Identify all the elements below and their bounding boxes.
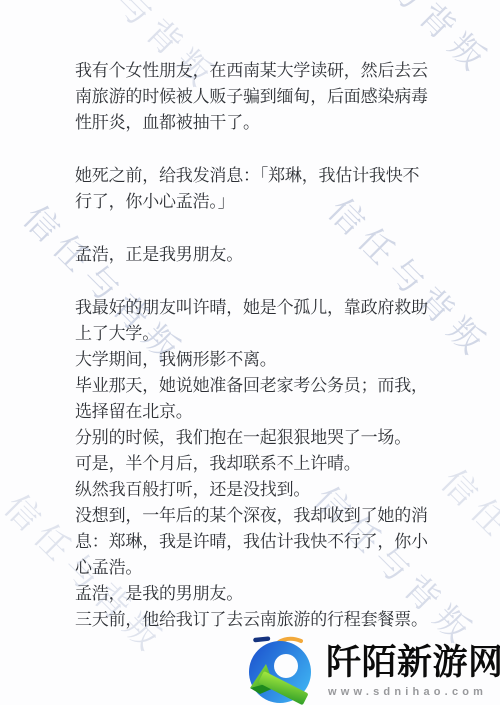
story-line: 孟浩，正是我男朋友。: [75, 242, 455, 268]
story-line: 我最好的朋友叫许晴，她是个孤儿，靠政府救助: [75, 295, 455, 321]
story-line: 纵然我百般打听，还是没找到。: [75, 477, 455, 503]
story-line: 心孟浩。: [75, 555, 455, 581]
story-line: 息：郑琳，我是许晴，我估计我快不行了，你小: [75, 529, 455, 555]
site-url: www.sdnihao.com: [328, 686, 487, 698]
story-line: 行了，你小心孟浩。」: [75, 189, 455, 215]
story-paragraph: 我最好的朋友叫许晴，她是个孤儿，靠政府救助上了大学。大学期间，我俩形影不离。毕业…: [75, 295, 455, 633]
story-paragraph: 我有个女性朋友，在西南某大学读研，然后去云南旅游的时候被人贩子骗到缅甸，后面感染…: [75, 58, 455, 136]
story-line: 大学期间，我俩形影不离。: [75, 347, 455, 373]
story-line: 选择留在北京。: [75, 399, 455, 425]
story-line: 三天前，他给我订了去云南旅游的行程套餐票。: [75, 607, 455, 633]
story-paragraph: 孟浩，正是我男朋友。: [75, 242, 455, 268]
story-line: 南旅游的时候被人贩子骗到缅甸，后面感染病毒: [75, 84, 455, 110]
story-line: 可是，半个月后，我却联系不上许晴。: [75, 451, 455, 477]
story-line: 分别的时候，我们抱在一起狠狠地哭了一场。: [75, 425, 455, 451]
q-arrow-logo-icon: [248, 635, 322, 705]
story-text: 我有个女性朋友，在西南某大学读研，然后去云南旅游的时候被人贩子骗到缅甸，后面感染…: [75, 58, 455, 633]
story-line: 我有个女性朋友，在西南某大学读研，然后去云: [75, 58, 455, 84]
article-page: 信任与背叛信任与背叛信任与背叛信任与背叛信任与背叛信任与背叛信任与背叛 我有个女…: [0, 0, 500, 705]
story-line: 没想到，一年后的某个深夜，我却收到了她的消: [75, 503, 455, 529]
story-paragraph: 她死之前，给我发消息：「郑琳，我估计我快不行了，你小心孟浩。」: [75, 163, 455, 215]
story-line: 孟浩，是我的男朋友。: [75, 581, 455, 607]
navy-dash-icon: [253, 636, 270, 642]
story-line: 她死之前，给我发消息：「郑琳，我估计我快不: [75, 163, 455, 189]
site-name: 阡陌新游网: [326, 643, 500, 683]
story-line: 上了大学。: [75, 321, 455, 347]
story-line: 性肝炎，血都被抽干了。: [75, 110, 455, 136]
story-line: 毕业那天，她说她准备回老家考公务员；而我，: [75, 373, 455, 399]
q-ring-hole: [274, 654, 298, 678]
site-logo[interactable]: 阡陌新游网 www.sdnihao.com: [248, 635, 500, 705]
